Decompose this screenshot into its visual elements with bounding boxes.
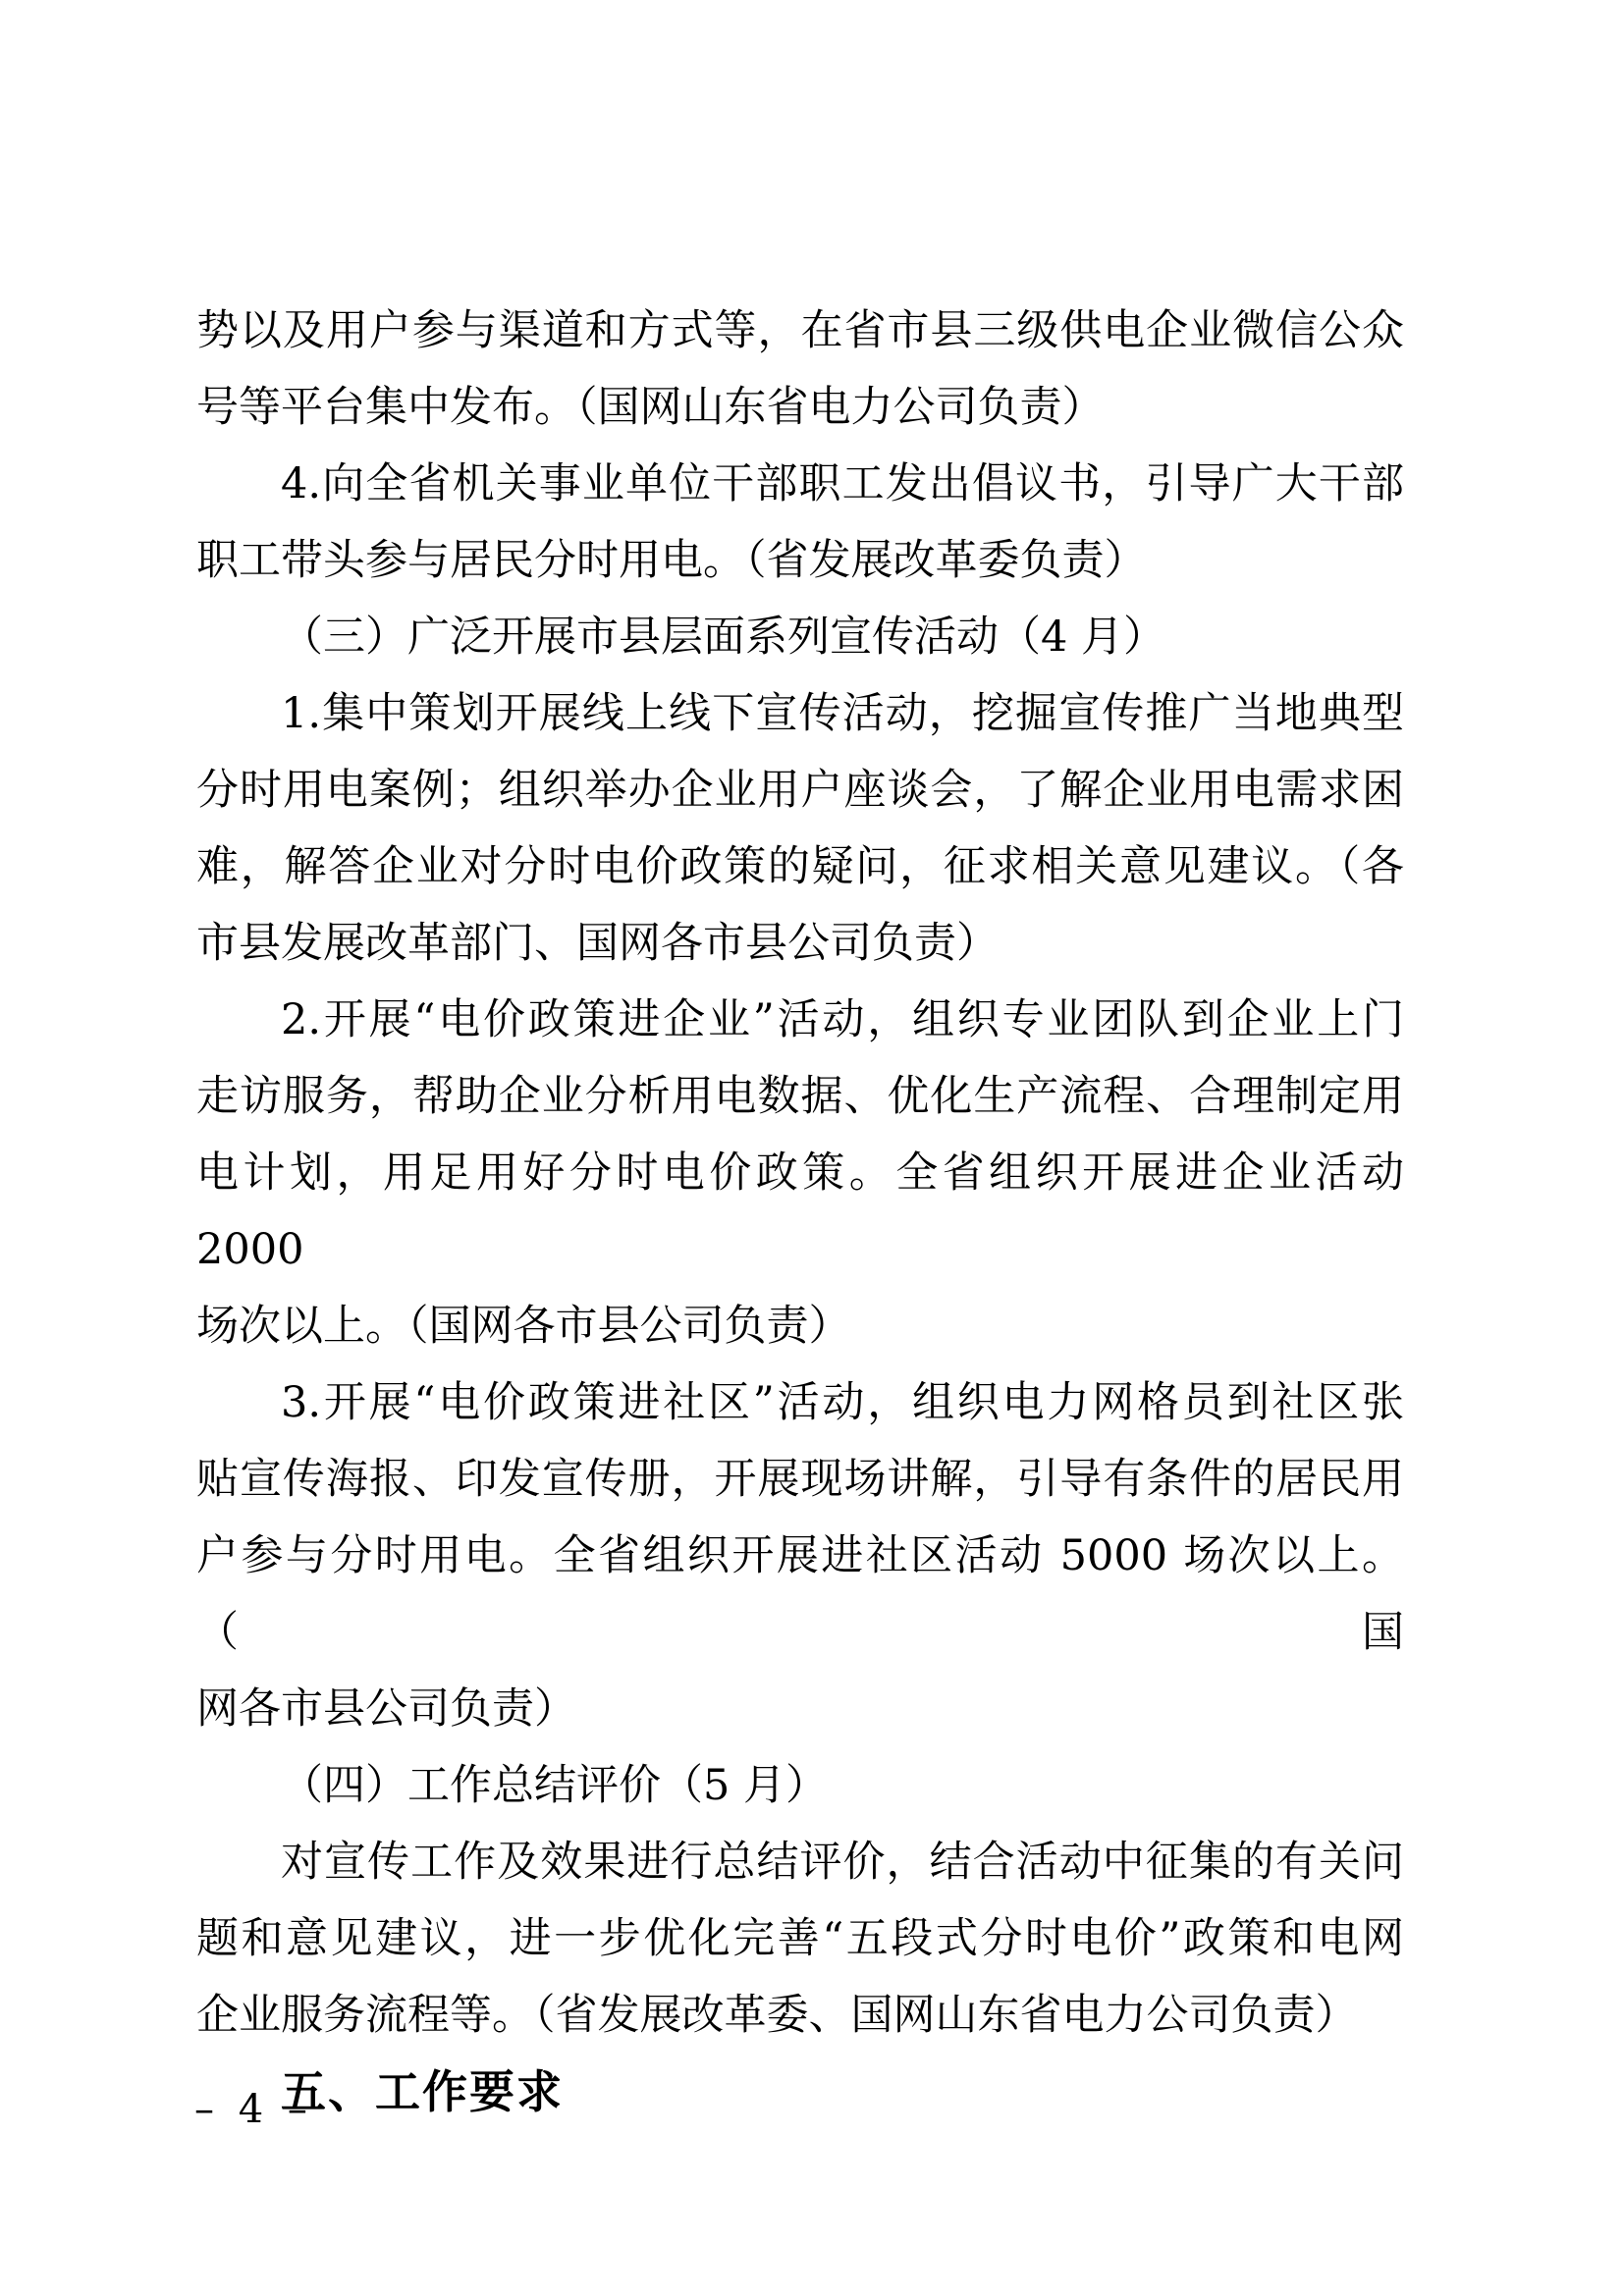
paragraph-subheading: （四）工作总结评价（5 月）	[196, 1747, 1404, 1824]
text-line: 分时用电案例；组织举办企业用户座谈会，了解企业用电需求困	[196, 752, 1404, 828]
paragraph: 3.开展“电价政策进社区”活动，组织电力网格员到社区张 贴宣传海报、印发宣传册，…	[196, 1364, 1404, 1747]
text-line: 3.开展“电价政策进社区”活动，组织电力网格员到社区张	[196, 1364, 1404, 1441]
text-line: 市县发展改革部门、国网各市县公司负责）	[196, 905, 1404, 982]
document-page: 势以及用户参与渠道和方式等，在省市县三级供电企业微信公众 号等平台集中发布。（国…	[0, 0, 1623, 2296]
text-line: 企业服务流程等。（省发展改革委、国网山东省电力公司负责）	[196, 1977, 1404, 2054]
subheading-line: （三）广泛开展市县层面系列宣传活动（4 月）	[196, 599, 1404, 675]
paragraph: 1.集中策划开展线上线下宣传活动，挖掘宣传推广当地典型 分时用电案例；组织举办企…	[196, 675, 1404, 982]
page-number: – 4 –	[194, 2087, 313, 2132]
paragraph: 4.向全省机关事业单位干部职工发出倡议书，引导广大干部 职工带头参与居民分时用电…	[196, 446, 1404, 599]
text-line: 网各市县公司负责）	[196, 1671, 1404, 1747]
text-line: 贴宣传海报、印发宣传册，开展现场讲解，引导有条件的居民用	[196, 1441, 1404, 1518]
subheading-line: （四）工作总结评价（5 月）	[196, 1747, 1404, 1824]
text-line: 4.向全省机关事业单位干部职工发出倡议书，引导广大干部	[196, 446, 1404, 522]
section-heading: 五、工作要求	[196, 2054, 1404, 2130]
text-line: 1.集中策划开展线上线下宣传活动，挖掘宣传推广当地典型	[196, 675, 1404, 752]
text-line: 2.开展“电价政策进企业”活动，组织专业团队到企业上门	[196, 982, 1404, 1058]
text-line: 题和意见建议，进一步优化完善“五段式分时电价”政策和电网	[196, 1900, 1404, 1977]
document-body: 势以及用户参与渠道和方式等，在省市县三级供电企业微信公众 号等平台集中发布。（国…	[196, 293, 1404, 2130]
text-line: 场次以上。（国网各市县公司负责）	[196, 1288, 1404, 1364]
text-line: 对宣传工作及效果进行总结评价，结合活动中征集的有关问	[196, 1824, 1404, 1900]
text-line: 走访服务，帮助企业分析用电数据、优化生产流程、合理制定用	[196, 1058, 1404, 1135]
paragraph-subheading: （三）广泛开展市县层面系列宣传活动（4 月）	[196, 599, 1404, 675]
text-line: 电计划，用足用好分时电价政策。全省组织开展进企业活动 2000	[196, 1135, 1404, 1288]
paragraph: 2.开展“电价政策进企业”活动，组织专业团队到企业上门 走访服务，帮助企业分析用…	[196, 982, 1404, 1364]
text-line: 职工带头参与居民分时用电。（省发展改革委负责）	[196, 522, 1404, 599]
text-line: 难，解答企业对分时电价政策的疑问，征求相关意见建议。（各	[196, 828, 1404, 905]
text-line: 势以及用户参与渠道和方式等，在省市县三级供电企业微信公众	[196, 293, 1404, 369]
paragraph-heading: 五、工作要求	[196, 2054, 1404, 2130]
text-line: 户参与分时用电。全省组织开展进社区活动 5000 场次以上。（国	[196, 1518, 1404, 1671]
paragraph: 对宣传工作及效果进行总结评价，结合活动中征集的有关问 题和意见建议，进一步优化完…	[196, 1824, 1404, 2054]
paragraph: 势以及用户参与渠道和方式等，在省市县三级供电企业微信公众 号等平台集中发布。（国…	[196, 293, 1404, 446]
text-line: 号等平台集中发布。（国网山东省电力公司负责）	[196, 369, 1404, 446]
